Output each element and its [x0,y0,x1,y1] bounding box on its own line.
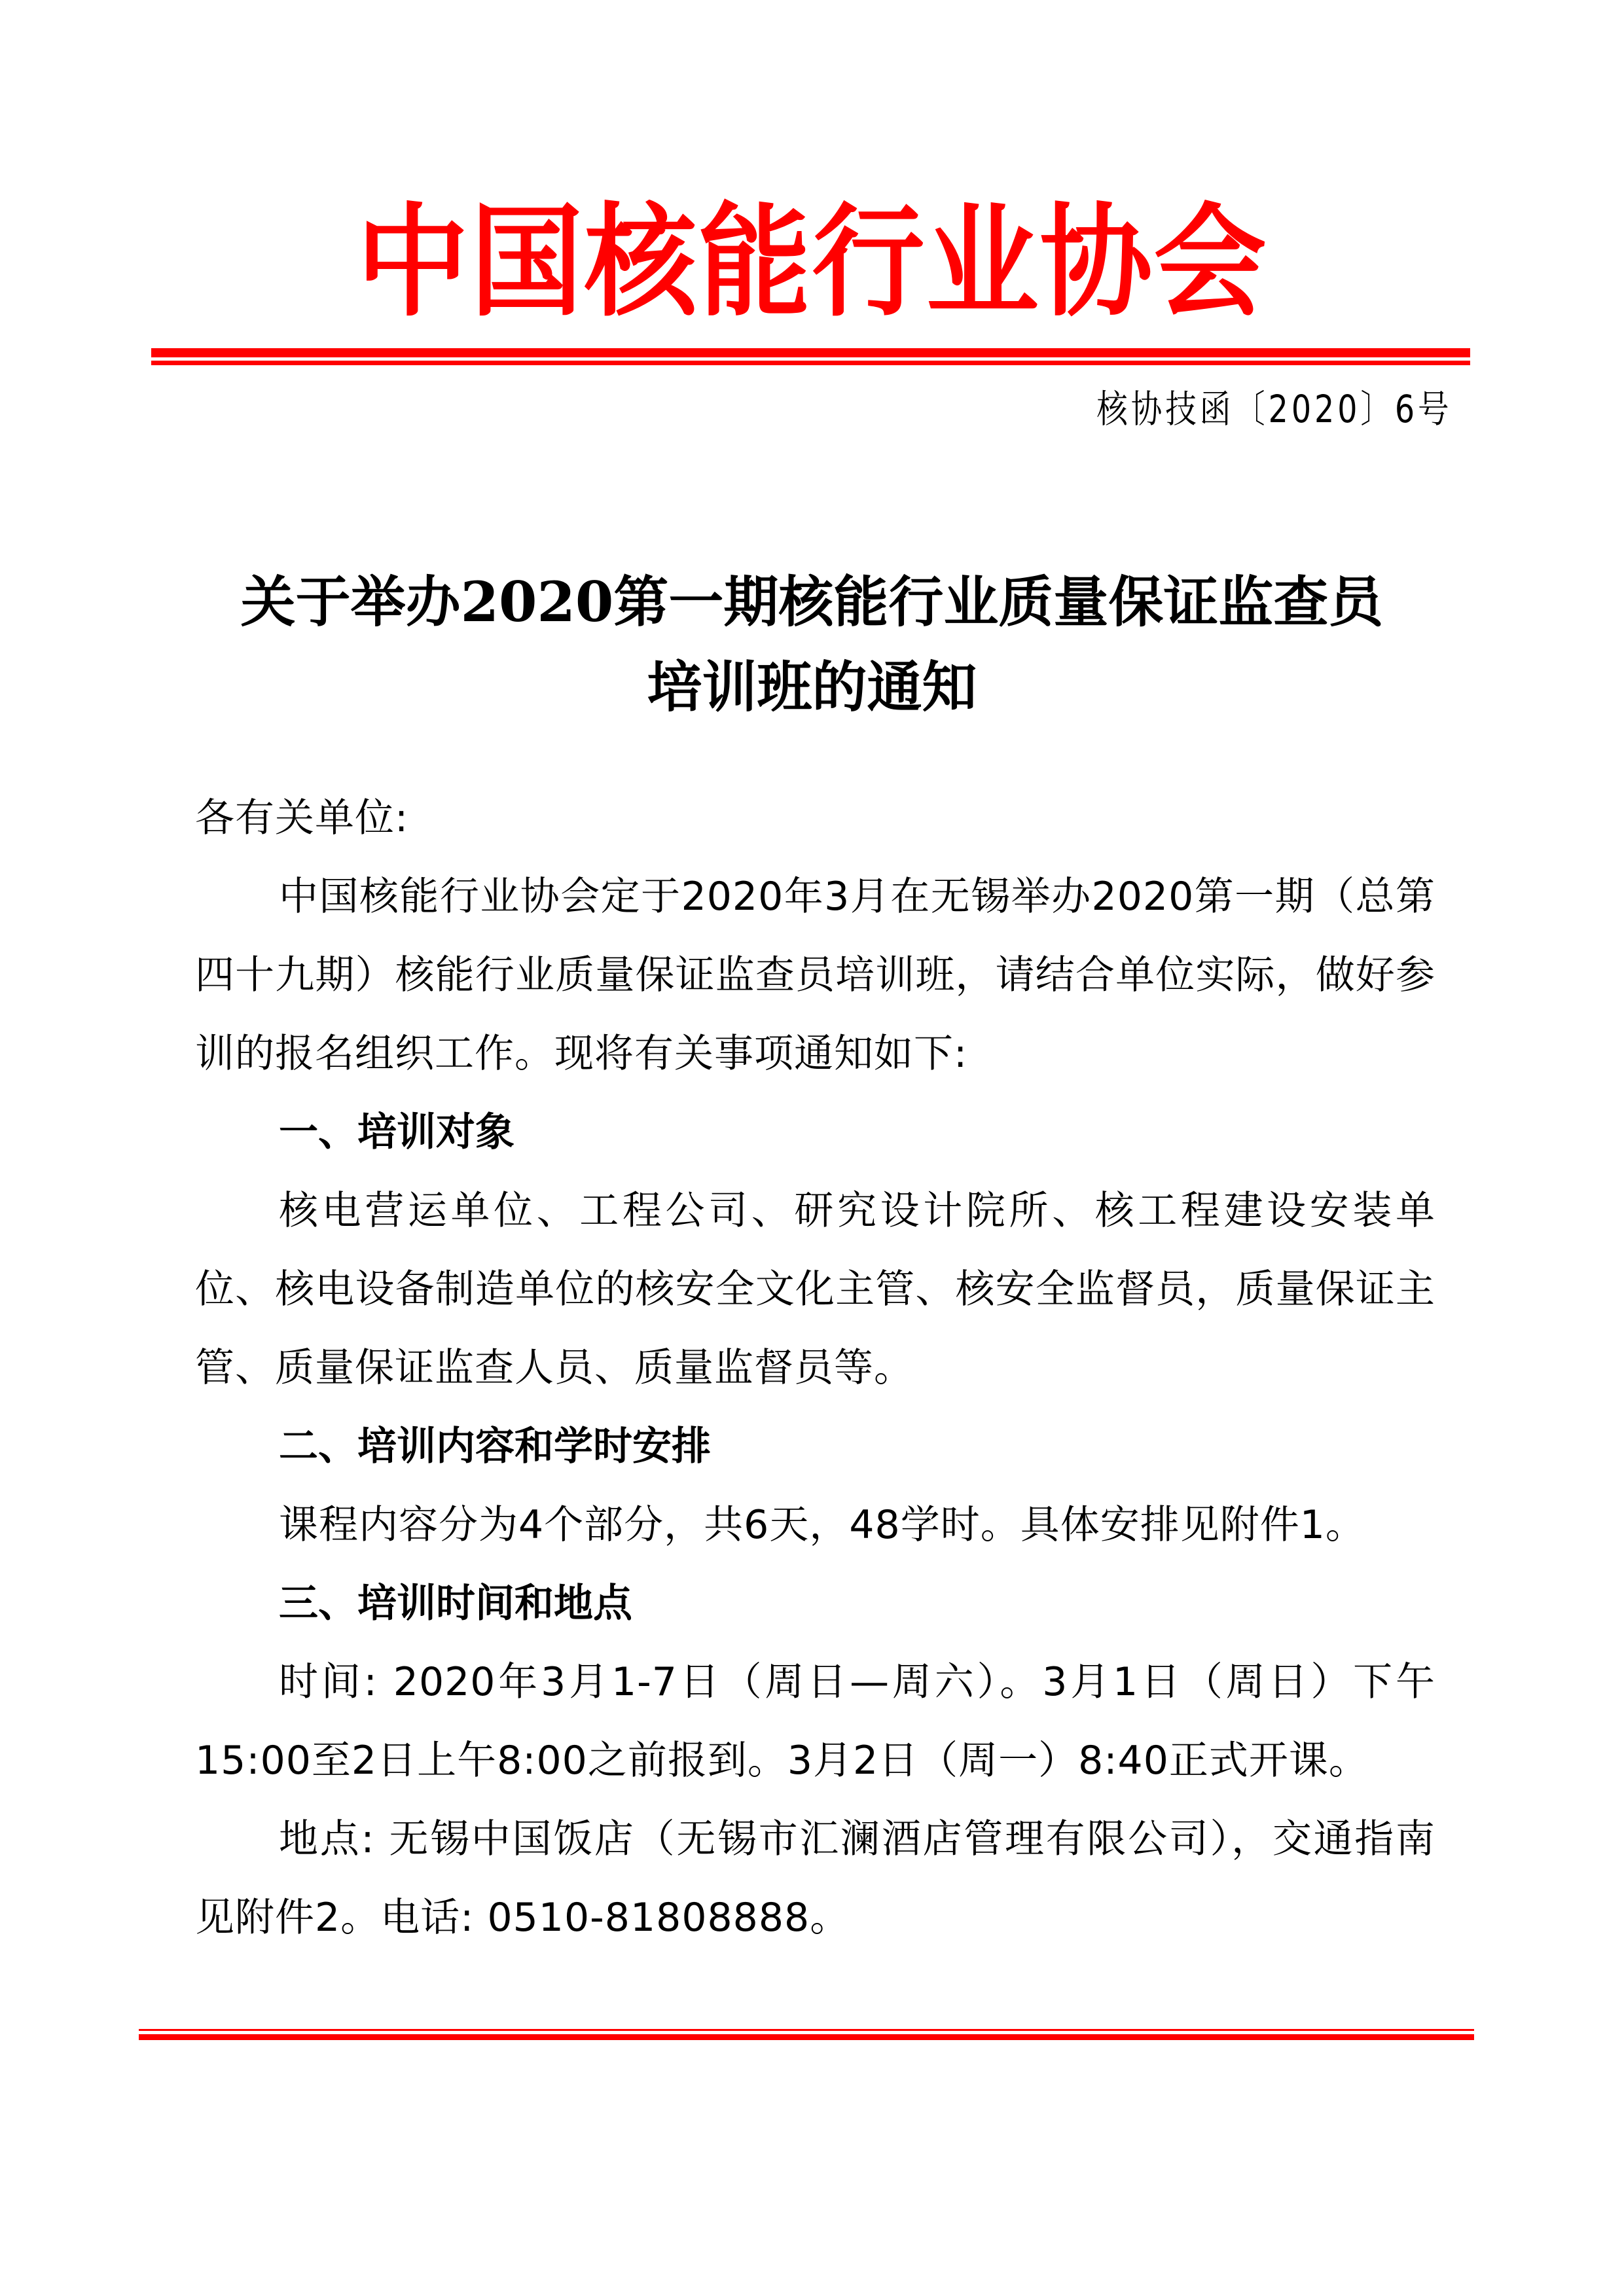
notice-title-line-2: 培训班的通知 [0,648,1624,726]
footer-rule-thin [139,2029,1474,2031]
section-heading-training-targets: 一、培训对象 [195,1093,1435,1172]
document-number: 核协技函〔2020〕6号 [1097,376,1453,442]
notice-body: 各有关单位: 中国核能行业协会定于2020年3月在无锡举办2020第一期（总第四… [195,779,1435,1957]
intro-paragraph: 中国核能行业协会定于2020年3月在无锡举办2020第一期（总第四十九期）核能行… [195,857,1435,1093]
letterhead-rule-thick [151,348,1470,357]
notice-title-line-1: 关于举办2020第一期核能行业质量保证监查员 [0,563,1624,641]
footer-rule-thick [139,2034,1474,2040]
section-heading-time-location: 三、培训时间和地点 [195,1564,1435,1643]
salutation: 各有关单位: [195,779,1435,857]
section-paragraph-time: 时间: 2020年3月1-7日（周日—周六）。3月1日（周日）下午15:00至2… [195,1643,1435,1800]
organization-letterhead: 中国核能行业协会 [0,191,1624,332]
section-paragraph: 课程内容分为4个部分，共6天，48学时。具体安排见附件1。 [195,1486,1435,1564]
section-paragraph-location: 地点: 无锡中国饭店（无锡市汇澜酒店管理有限公司），交通指南见附件2。电话: 0… [195,1800,1435,1957]
section-paragraph: 核电营运单位、工程公司、研究设计院所、核工程建设安装单位、核电设备制造单位的核安… [195,1172,1435,1407]
section-heading-content-schedule: 二、培训内容和学时安排 [195,1407,1435,1486]
document-page: 中国核能行业协会 核协技函〔2020〕6号 关于举办2020第一期核能行业质量保… [0,0,1624,2296]
letterhead-rule-thin [151,361,1470,365]
